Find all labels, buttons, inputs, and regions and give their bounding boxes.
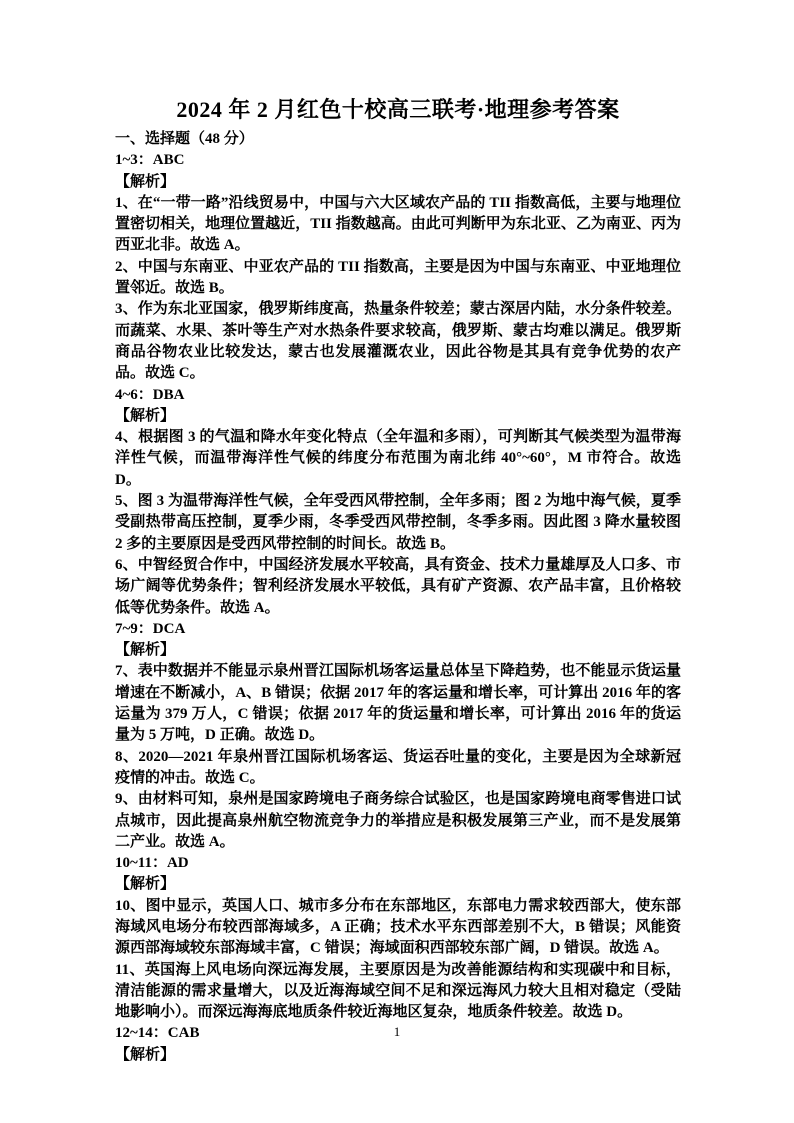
analysis-label: 【解析】	[115, 406, 681, 427]
analysis-paragraph-q8: 8、2020—2021 年泉州晋江国际机场客运、货运吞吐量的变化，主要是因为全球…	[115, 747, 681, 790]
answer-key-line: 10~11：AD	[115, 853, 681, 874]
page-number: 1	[0, 1023, 794, 1041]
answer-key-line: 4~6：DBA	[115, 385, 681, 406]
document-body: 一、选择题（48 分） 1~3：ABC 【解析】 1、在“一带一路”沿线贸易中，…	[115, 129, 681, 1066]
analysis-paragraph-q5: 5、图 3 为温带海洋性气候，全年受西风带控制，全年多雨；图 2 为地中海气候，…	[115, 491, 681, 555]
analysis-paragraph-q4: 4、根据图 3 的气温和降水年变化特点（全年温和多雨），可判断其气候类型为温带海…	[115, 427, 681, 491]
answer-key-line: 7~9：DCA	[115, 619, 681, 640]
analysis-paragraph-q11: 11、英国海上风电场向深远海发展，主要原因是为改善能源结构和实现碳中和目标，清洁…	[115, 960, 681, 1024]
analysis-label: 【解析】	[115, 874, 681, 895]
section-heading: 一、选择题（48 分）	[115, 129, 681, 150]
analysis-paragraph-q6: 6、中智经贸合作中，中国经济发展水平较高，具有资金、技术力量雄厚及人口多、市场广…	[115, 555, 681, 619]
analysis-label: 【解析】	[115, 172, 681, 193]
analysis-paragraph-q1: 1、在“一带一路”沿线贸易中，中国与六大区域农产品的 TII 指数高低，主要与地…	[115, 193, 681, 257]
analysis-paragraph-q9: 9、由材料可知，泉州是国家跨境电子商务综合试验区，也是国家跨境电商零售进口试点城…	[115, 789, 681, 853]
answer-key-line: 1~3：ABC	[115, 150, 681, 171]
analysis-paragraph-q3: 3、作为东北亚国家，俄罗斯纬度高，热量条件较差；蒙古深居内陆，水分条件较差。而蔬…	[115, 299, 681, 384]
analysis-label: 【解析】	[115, 1045, 681, 1066]
analysis-paragraph-q7: 7、表中数据并不能显示泉州晋江国际机场客运量总体呈下降趋势，也不能显示货运量增速…	[115, 661, 681, 746]
document-title: 2024 年 2 月红色十校高三联考·地理参考答案	[115, 96, 681, 124]
document-page: 2024 年 2 月红色十校高三联考·地理参考答案 一、选择题（48 分） 1~…	[0, 0, 794, 1123]
analysis-paragraph-q2: 2、中国与东南亚、中亚农产品的 TII 指数高，主要是因为中国与东南亚、中亚地理…	[115, 257, 681, 300]
analysis-paragraph-q10: 10、图中显示，英国人口、城市多分布在东部地区，东部电力需求较西部大，使东部海域…	[115, 896, 681, 960]
analysis-label: 【解析】	[115, 640, 681, 661]
